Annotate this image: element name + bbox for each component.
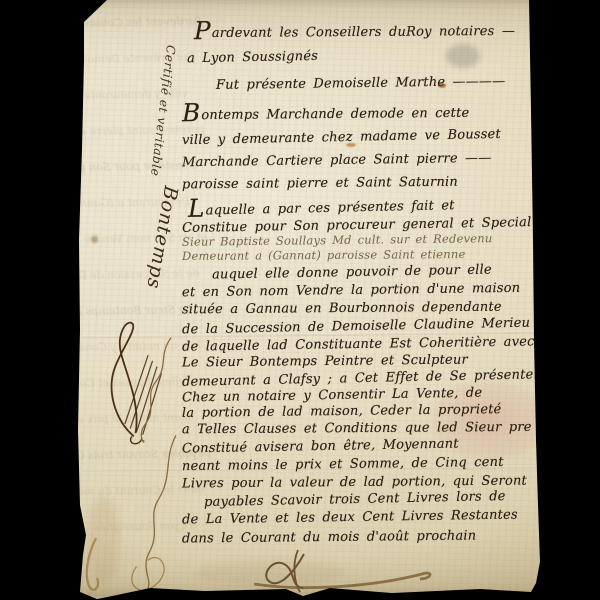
margin-certification-note: Certifié et veritable	[148, 44, 178, 177]
photo-background: Pardevant les Conseillers duRoy notaires…	[0, 0, 600, 600]
manuscript-line: a Telles Clauses et Conditions que led S…	[182, 420, 552, 438]
bleedthrough-line: Constitue pour Son procureur general et …	[0, 159, 197, 178]
manuscript-line: Laquelle a par ces présentes fait et	[188, 195, 455, 219]
paper-tear-mark	[74, 532, 108, 596]
notary-paraph-flourish	[246, 548, 446, 594]
manuscript-line: de la Succession de Demoiselle Claudine …	[182, 316, 530, 338]
manuscript-line: paroisse saint pierre et Saint Saturnin	[182, 175, 458, 193]
manuscript-line: Constitué avisera bon être, Moyennant	[182, 436, 459, 456]
flourish-stroke	[254, 573, 430, 588]
manuscript-line: de La Vente et les deux Cent Livres Rest…	[182, 508, 518, 528]
manuscript-line: Fut présente Demoiselle Marthe ————	[216, 74, 506, 93]
manuscript-line: Le Sieur Bontemps Peintre et Sculpteur	[182, 353, 468, 371]
initial-capital: P	[194, 25, 211, 37]
flourish-stroke	[87, 538, 98, 590]
bleedthrough-line: de la Succession de Demoiselle Claudine …	[0, 267, 200, 286]
manuscript-line: ville y demeurante chez madame ve Bousse…	[182, 127, 501, 148]
manuscript-line: dans le Courant du mois d'août prochain	[182, 529, 476, 547]
manuscript-line: auquel elle donne pouvoir de pour elle	[212, 262, 492, 282]
manuscript-line: Bontemps Marchande demode en cette	[182, 103, 469, 123]
manuscript-line: Marchande Cartiere place Saint pierre ——	[182, 151, 492, 171]
bleedthrough-line: paroisse saint pierre et Saint Saturnin	[0, 122, 205, 139]
manuscript-line: située a Gannau en Bourbonnois dependant…	[182, 300, 502, 318]
flourish-stroke	[294, 550, 300, 592]
manuscript-line: et en Son nom Vendre la portion d'une ma…	[182, 281, 520, 300]
flourish-stroke	[266, 554, 304, 588]
manuscript-line: demeurant a Clafsy ; a Cet Effet de Se p…	[182, 367, 540, 390]
manuscript-text: Pardevant les Conseillers duRoy notaires…	[182, 0, 552, 600]
manuscript-line: Demeurant a (Gannat) paroisse Saint etie…	[182, 247, 466, 263]
foxing-spot	[91, 236, 98, 243]
manuscript-page: Pardevant les Conseillers duRoy notaires…	[0, 0, 600, 600]
margin-signature: Bontemps	[142, 184, 182, 291]
bleedthrough-line: et en Son nom Vendre la portion d'une ma…	[0, 230, 207, 248]
manuscript-line: Pardevant les Conseillers duRoy notaires…	[194, 21, 515, 41]
bleedthrough-line: Pardevant les Conseillers duRoy notaires…	[0, 15, 202, 33]
initial-capital: B	[182, 107, 200, 120]
manuscript-line: neant moins le prix et Somme, de Cinq ce…	[182, 455, 504, 474]
manuscript-line: a Lyon Soussignés	[187, 49, 318, 66]
manuscript-line: de laquelle lad Constituante Est Coherit…	[182, 334, 535, 354]
manuscript-line: la portion de lad maison, Ceder la propr…	[182, 402, 502, 421]
flourish-stroke	[140, 434, 176, 591]
initial-capital: L	[188, 202, 205, 215]
manuscript-line: payables Scavoir trois Cent Livres lors …	[204, 489, 506, 510]
